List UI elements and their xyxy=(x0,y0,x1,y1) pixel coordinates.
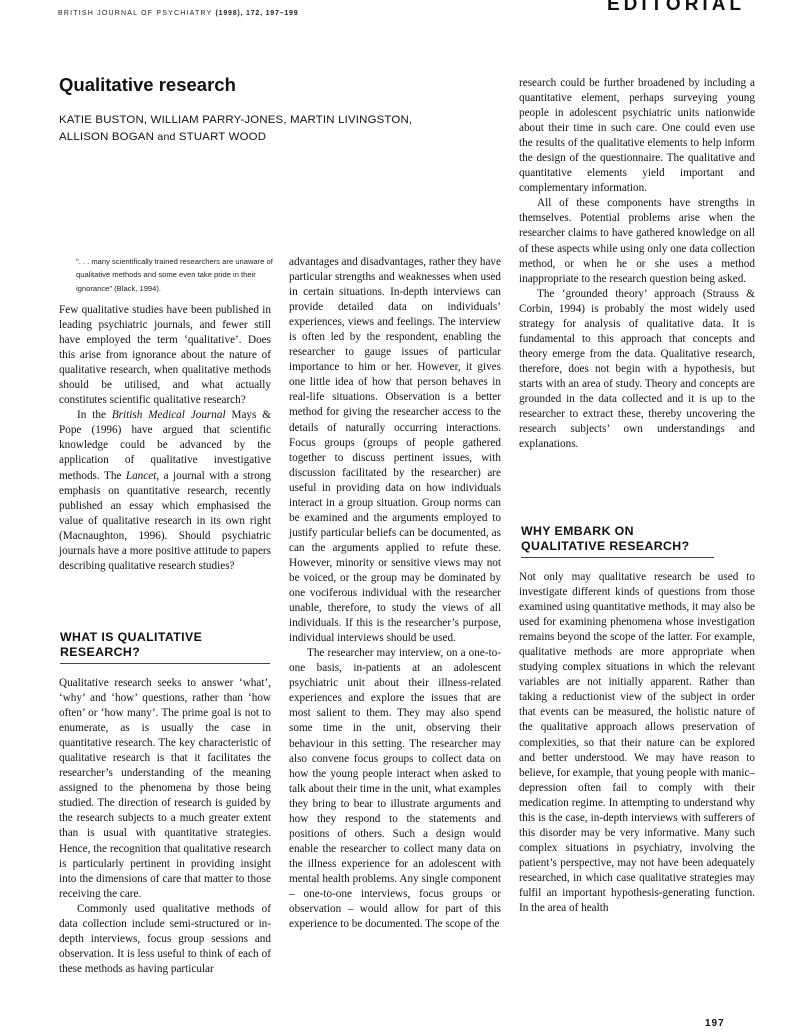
authors-line-2: ALLISON BOGAN and STUART WOOD xyxy=(59,129,479,146)
section-heading-what-is: WHAT IS QUALITATIVE RESEARCH? xyxy=(60,630,270,664)
paragraph: In the British Medical Journal Mays & Po… xyxy=(59,408,271,574)
paragraph: All of these components have strengths i… xyxy=(519,196,755,286)
paragraph: Few qualitative studies have been publis… xyxy=(59,303,271,408)
column-2: advantages and disadvantages, rather the… xyxy=(289,255,501,932)
section-heading-why-embark: WHY EMBARK ON QUALITATIVE RESEARCH? xyxy=(521,524,714,558)
article-title: Qualitative research xyxy=(59,74,236,96)
paragraph: Qualitative research seeks to answer ‘wh… xyxy=(59,676,271,902)
column-1-what-is: Qualitative research seeks to answer ‘wh… xyxy=(59,676,271,977)
author-name: STUART WOOD xyxy=(179,131,266,143)
paragraph: research could be further broadened by i… xyxy=(519,76,755,196)
author-list: KATIE BUSTON, WILLIAM PARRY-JONES, MARTI… xyxy=(59,112,479,146)
journal-reference: British Medical Journal xyxy=(112,409,226,421)
author-name: ALLISON BOGAN xyxy=(59,131,154,143)
page-number: 197 xyxy=(705,1018,725,1029)
column-3-top: research could be further broadened by i… xyxy=(519,76,755,452)
citation: (1998), 172, 197–199 xyxy=(216,10,299,17)
author-conjunction: and xyxy=(157,131,175,143)
paragraph: Not only may qualitative research be use… xyxy=(519,570,755,916)
paragraph: advantages and disadvantages, rather the… xyxy=(289,255,501,646)
column-1-intro: Few qualitative studies have been publis… xyxy=(59,303,271,574)
authors-line-1: KATIE BUSTON, WILLIAM PARRY-JONES, MARTI… xyxy=(59,112,479,129)
paragraph: The researcher may interview, on a one-t… xyxy=(289,646,501,932)
section-label: EDITORIAL xyxy=(607,0,745,16)
journal-name: BRITISH JOURNAL OF PSYCHIATRY xyxy=(58,10,212,17)
journal-reference: Lancet xyxy=(126,470,156,482)
paragraph: Commonly used qualitative methods of dat… xyxy=(59,902,271,977)
epigraph-quote: ". . . many scientifically trained resea… xyxy=(76,255,276,295)
paragraph: The ‘grounded theory’ approach (Strauss … xyxy=(519,287,755,453)
column-3-why-embark: Not only may qualitative research be use… xyxy=(519,570,755,916)
running-head: BRITISH JOURNAL OF PSYCHIATRY (1998), 17… xyxy=(58,10,298,17)
